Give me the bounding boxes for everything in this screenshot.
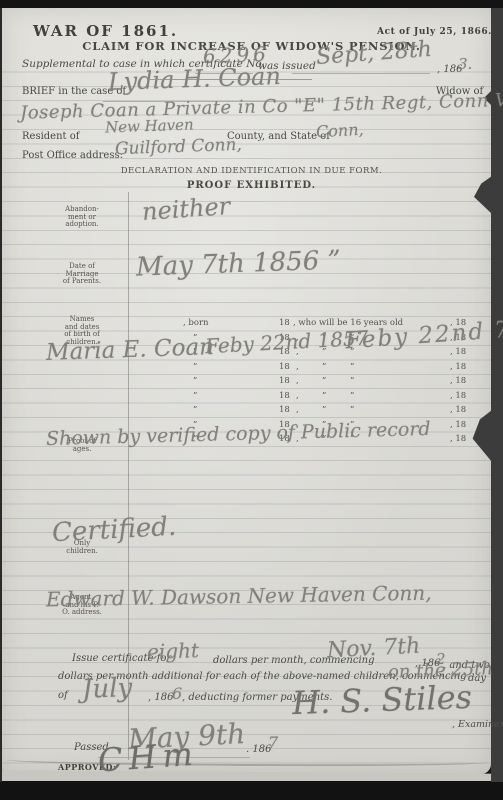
scan-background-bottom bbox=[0, 781, 503, 800]
label-line: adoption. bbox=[40, 221, 124, 229]
ditto-mark: ” bbox=[350, 405, 354, 415]
year2-handwriting: 6 bbox=[172, 684, 182, 703]
right-year-cell: , 18 bbox=[450, 376, 466, 386]
comma: , bbox=[296, 405, 299, 415]
comma: , bbox=[296, 376, 299, 386]
po-address-label: Post Office address: bbox=[22, 150, 123, 161]
resident-label: Resident of bbox=[22, 131, 79, 142]
right-year-cell: , 18 bbox=[450, 391, 466, 401]
born-label: , born bbox=[183, 318, 209, 328]
war-title: WAR OF 1861. bbox=[33, 22, 178, 40]
approved-signature-handwriting: CHm bbox=[97, 735, 200, 780]
act-note: Act of July 25, 1866. bbox=[377, 27, 492, 37]
abandonment-label: Abandon- ment or adoption. bbox=[40, 206, 124, 229]
ditto-mark: ” bbox=[322, 362, 326, 372]
label-line: of Parents. bbox=[40, 278, 124, 286]
examiner-label: , Examiner. bbox=[452, 719, 503, 730]
ditto-mark: ” bbox=[350, 376, 354, 386]
right-year-cell: , 18 bbox=[450, 434, 466, 444]
amount-handwriting: eight bbox=[147, 638, 200, 664]
year-cell: 18 bbox=[279, 405, 290, 415]
examiner-signature-handwriting: H. S. Stiles bbox=[291, 678, 472, 722]
year-prefix2: , 186 bbox=[148, 692, 173, 703]
issued-year-digit-handwriting: 3. bbox=[458, 55, 472, 73]
ditto-mark: ” bbox=[193, 376, 197, 386]
ditto-mark: ” bbox=[350, 391, 354, 401]
ditto-mark: ” bbox=[193, 391, 197, 401]
marriage-label: Date of Marriage of Parents. bbox=[40, 263, 124, 286]
right-year-cell: , 18 bbox=[450, 362, 466, 372]
year-cell: 18 bbox=[279, 391, 290, 401]
table-row: ” 18 , ” ” , 18 bbox=[0, 391, 503, 404]
proof-title: PROOF EXHIBITED. bbox=[0, 180, 503, 191]
right-year-cell: , 18 bbox=[450, 347, 466, 357]
state-handwriting: Conn, bbox=[316, 120, 365, 141]
year-cell: 18 bbox=[279, 376, 290, 386]
comma: , bbox=[296, 362, 299, 372]
ditto-mark: ” bbox=[322, 391, 326, 401]
blank-line bbox=[292, 73, 430, 74]
comma: , bbox=[296, 391, 299, 401]
month-handwriting: July bbox=[81, 673, 132, 705]
ditto-mark: ” bbox=[322, 376, 326, 386]
table-row: ” 18 , ” ” , 18 bbox=[0, 405, 503, 418]
year-cell: 18 bbox=[279, 318, 290, 328]
strike-line bbox=[150, 79, 312, 80]
of-label: of bbox=[58, 690, 68, 701]
commence-date-handwriting: Nov. 7th bbox=[326, 634, 420, 664]
table-row: ” 18 , ” ” , 18 bbox=[0, 376, 503, 389]
county-state-label: County, and State of bbox=[227, 131, 330, 142]
right-year-cell: , 18 bbox=[450, 420, 466, 430]
right-year-cell: , 18 bbox=[450, 405, 466, 415]
label-line: children. bbox=[40, 548, 124, 556]
declaration-title: DECLARATION AND IDENTIFICATION IN DUE FO… bbox=[0, 166, 503, 176]
year-cell: 18 bbox=[279, 362, 290, 372]
ditto-mark: ” bbox=[193, 362, 197, 372]
passed-year-handwriting: 7 bbox=[268, 733, 278, 752]
ditto-mark: ” bbox=[193, 405, 197, 415]
ditto-mark: ” bbox=[350, 362, 354, 372]
scan-background-top bbox=[0, 0, 503, 8]
county-handwriting: New Haven bbox=[105, 115, 194, 136]
ditto-mark: ” bbox=[322, 405, 326, 415]
